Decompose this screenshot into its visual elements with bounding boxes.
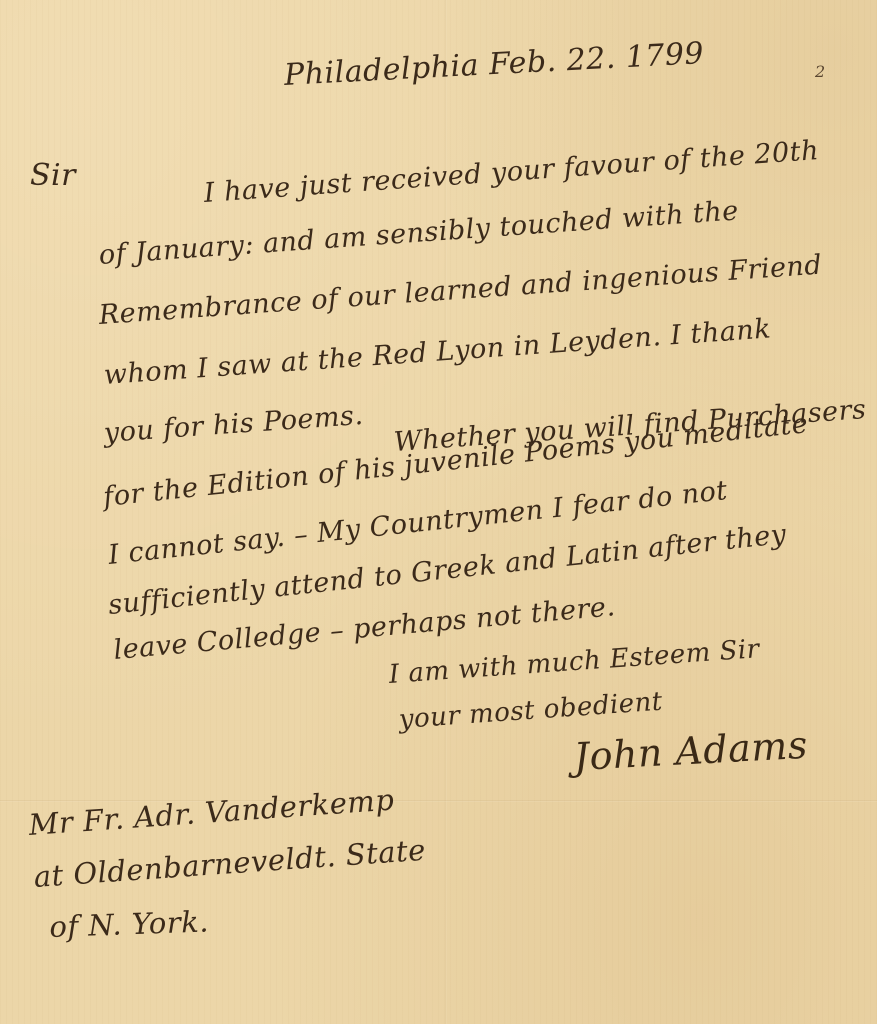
address-line: at Oldenbarneveldt. State — [33, 833, 427, 894]
page-number: 2 — [815, 62, 826, 81]
body-line: you for his Poems. — [103, 400, 365, 449]
address-line: Mr Fr. Adr. Vanderkemp — [28, 783, 396, 842]
closing-line: your most obedient — [398, 687, 664, 735]
salutation: Sir — [30, 158, 76, 193]
body-line: whom I saw at the Red Lyon in Leyden. I … — [103, 313, 772, 391]
signature: John Adams — [573, 723, 809, 779]
dateline: Philadelphia Feb. 22. 1799 — [283, 36, 705, 93]
letter-page: Philadelphia Feb. 22. 1799 2 Sir I have … — [0, 0, 877, 1024]
closing-line: I am with much Esteem Sir — [388, 634, 761, 690]
body-line: of January: and am sensibly touched with… — [98, 195, 740, 271]
address-line: of N. York. — [49, 904, 210, 944]
